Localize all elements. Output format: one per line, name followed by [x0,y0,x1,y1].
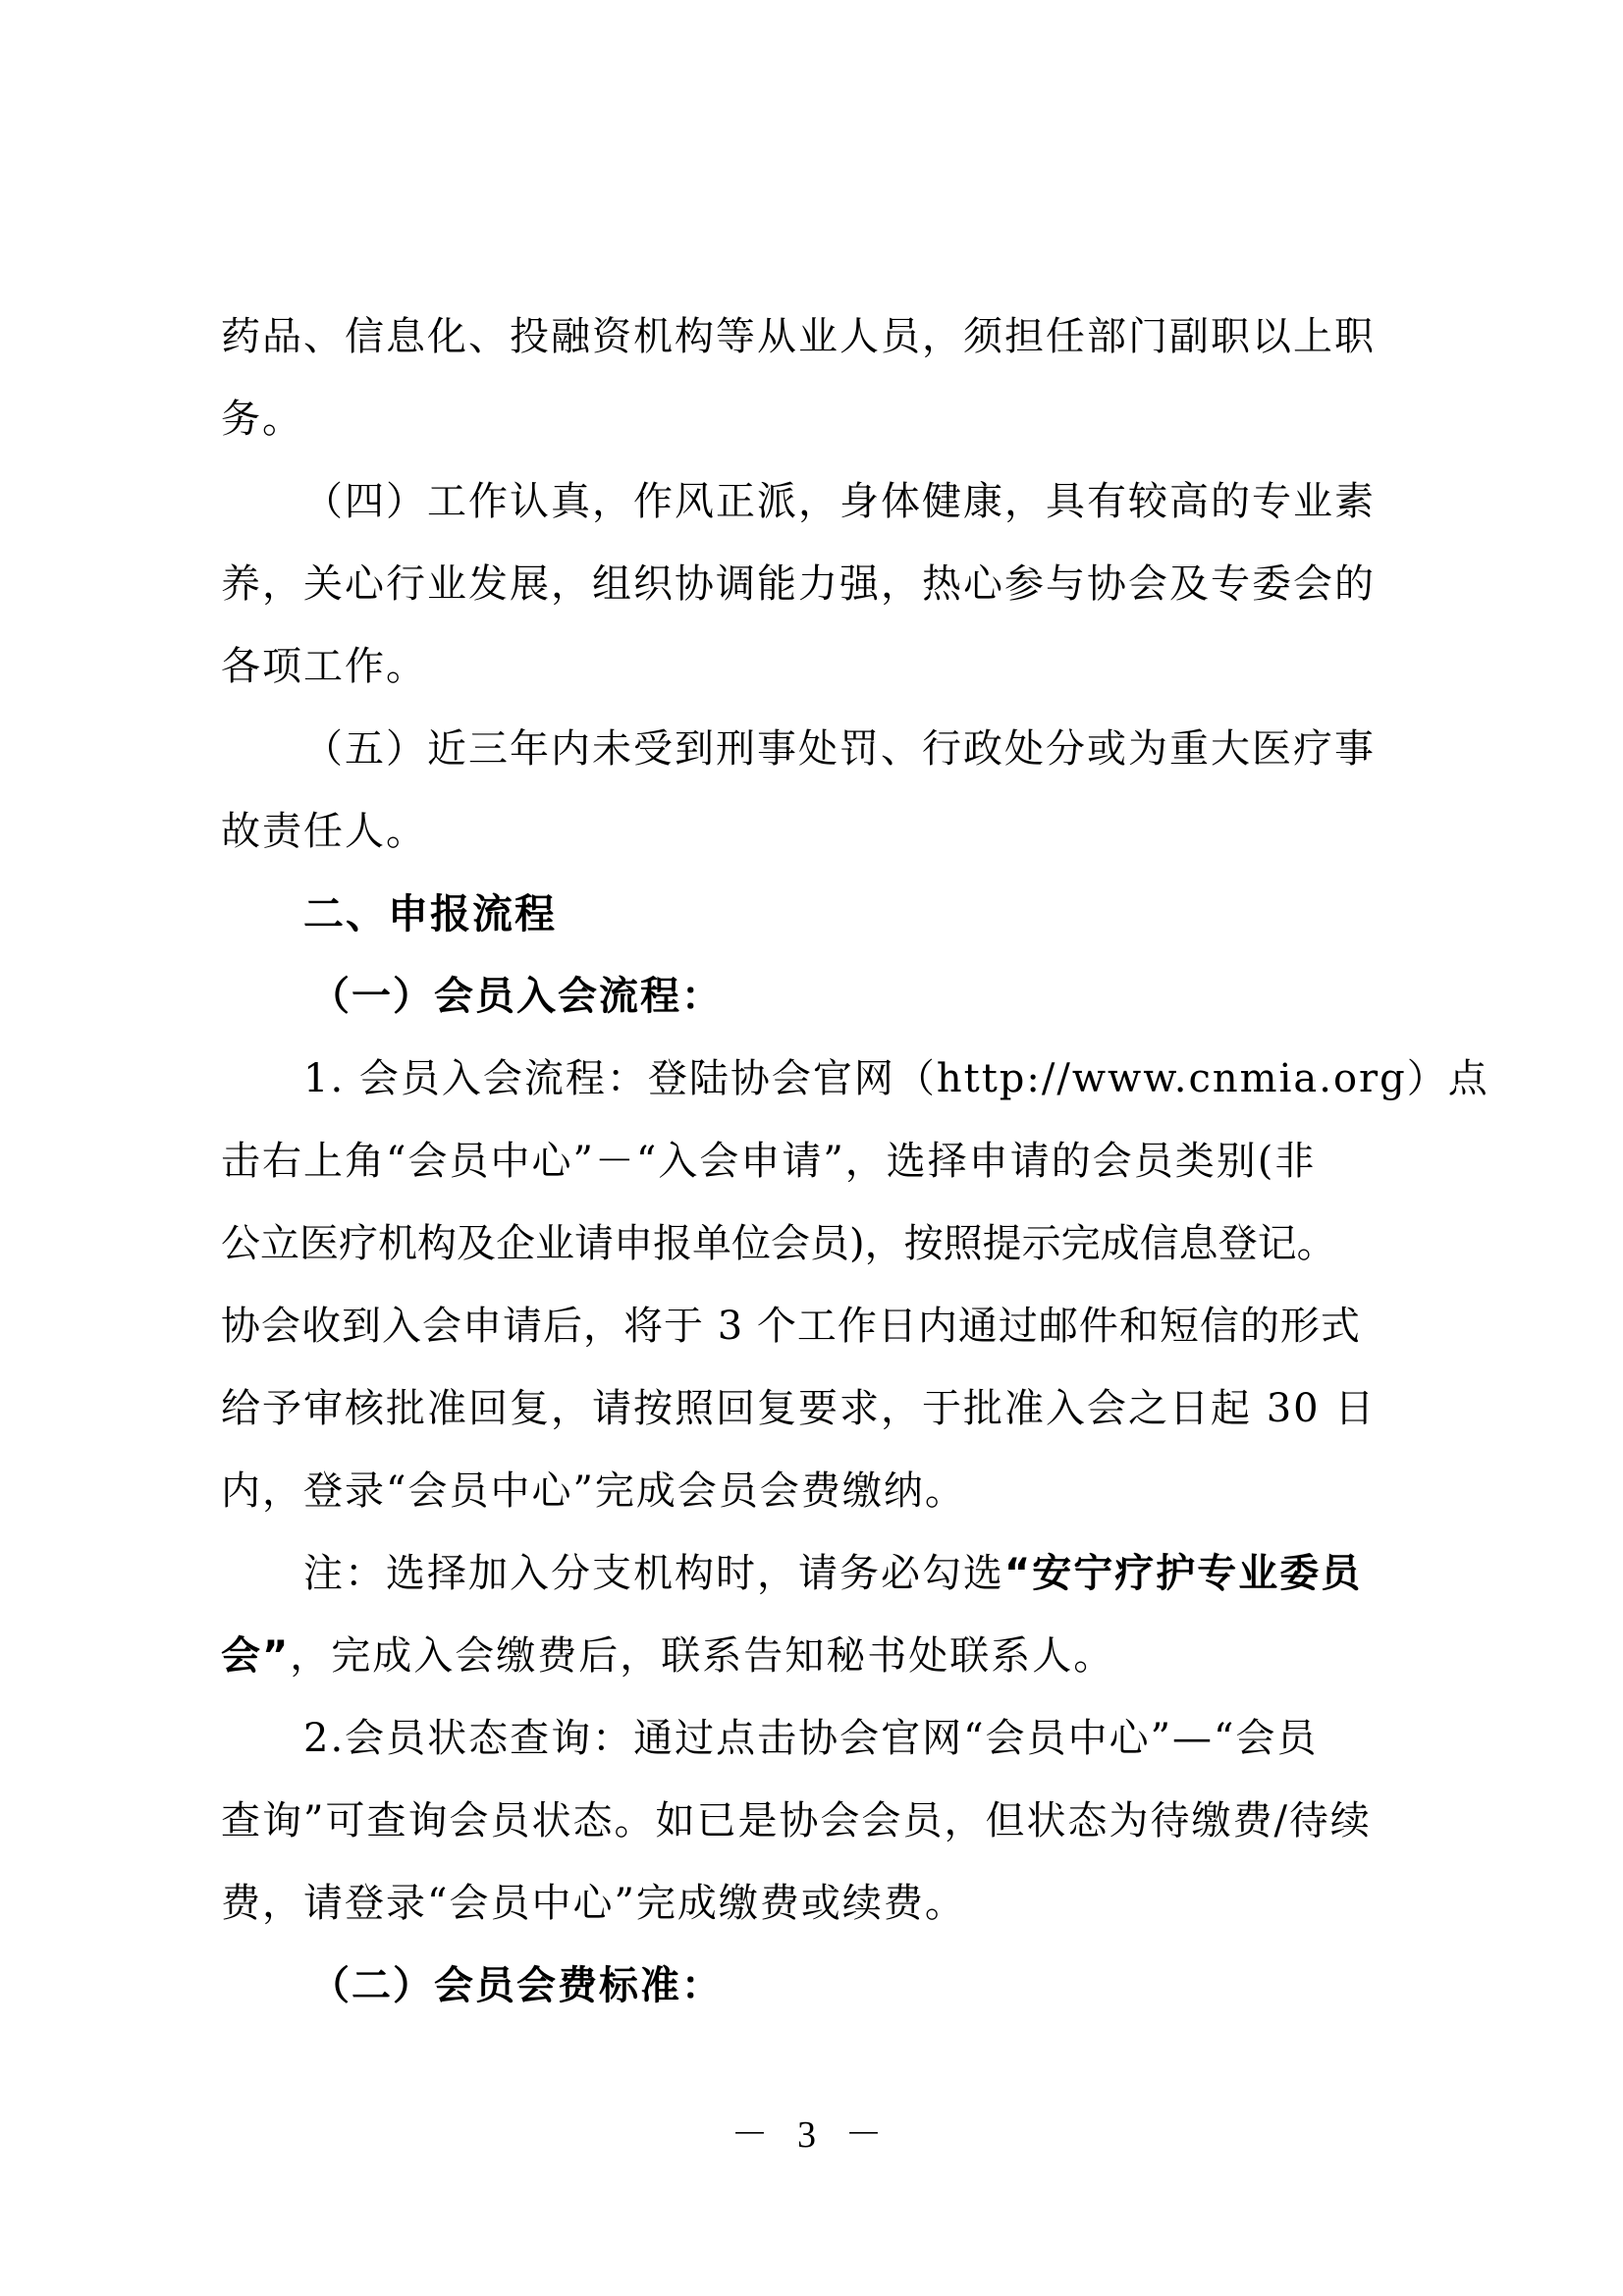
subsection-heading: （一）会员入会流程： [310,967,1518,1026]
paragraph-line: 养，关心行业发展，组织协调能力强，热心参与协会及专委会的 [221,555,1429,614]
committee-name-bold: “安宁疗护专业委员 [1004,1551,1362,1596]
note-text: 注：选择加入分支机构时，请务必勾选 [303,1551,1004,1596]
page-number: － 3 － [0,2110,1623,2160]
paragraph-line: 查询”可查询会员状态。如已是协会会员，但状态为待缴费/待续 [221,1791,1429,1850]
paragraph-line: 费，请登录“会员中心”完成缴费或续费。 [221,1874,1429,1933]
committee-name-bold: 会” [221,1633,290,1679]
document-page: 药品、信息化、投融资机构等从业人员，须担任部门副职以上职 务。 （四）工作认真，… [0,0,1623,2296]
paragraph-line: 击右上角“会员中心”－“入会申请”，选择申请的会员类别(非 [221,1132,1429,1191]
paragraph-line: 务。 [221,390,1429,449]
section-heading: 二、申报流程 [303,884,1429,943]
paragraph-line: 故责任人。 [221,802,1429,861]
paragraph-line: 1. 会员入会流程：登陆协会官网（http://www.cnmia.org）点 [303,1049,1429,1108]
subsection-heading: （二）会员会费标准： [310,1956,1518,2015]
note-text: ，完成入会缴费后，联系告知秘书处联系人。 [290,1633,1114,1679]
paragraph-line: （五）近三年内未受到刑事处罚、行政处分或为重大医疗事 [303,720,1429,778]
note-line: 注：选择加入分支机构时，请务必勾选“安宁疗护专业委员 [303,1544,1429,1603]
paragraph-line: 2.会员状态查询：通过点击协会官网“会员中心”—“会员 [303,1709,1429,1768]
note-line: 会”，完成入会缴费后，联系告知秘书处联系人。 [221,1627,1429,1685]
paragraph-line: 各项工作。 [221,637,1429,696]
paragraph-line: 协会收到入会申请后，将于 3 个工作日内通过邮件和短信的形式 [221,1297,1429,1356]
paragraph-line: 药品、信息化、投融资机构等从业人员，须担任部门副职以上职 [221,307,1429,366]
paragraph-line: 内，登录“会员中心”完成会员会费缴纳。 [221,1462,1429,1521]
paragraph-line: 给予审核批准回复，请按照回复要求，于批准入会之日起 30 日 [221,1379,1429,1438]
paragraph-line: 公立医疗机构及企业请申报单位会员)，按照提示完成信息登记。 [221,1214,1429,1273]
paragraph-line: （四）工作认真，作风正派，身体健康，具有较高的专业素 [303,472,1429,531]
